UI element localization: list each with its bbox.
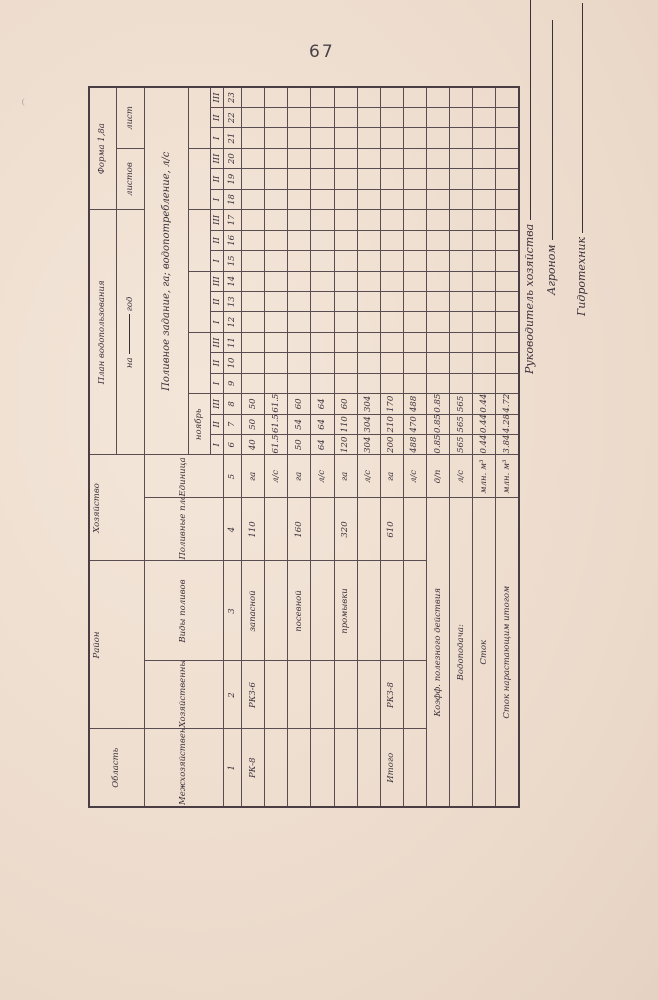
cell-value[interactable]	[403, 353, 426, 373]
cell-value[interactable]	[450, 373, 473, 393]
cell-value[interactable]: 50	[288, 435, 311, 455]
cell-value[interactable]	[334, 251, 357, 271]
cell-value[interactable]	[450, 353, 473, 373]
table-row: Коэфф. полезного действияд/п0.850.850.85	[426, 87, 449, 807]
cell-irrigation-type[interactable]	[403, 561, 426, 661]
cell-value[interactable]	[265, 148, 288, 168]
cell-value[interactable]	[265, 230, 288, 250]
cell-value[interactable]	[380, 271, 403, 291]
cell-value[interactable]	[357, 148, 380, 168]
cell-value[interactable]	[357, 353, 380, 373]
cell-value[interactable]	[426, 271, 449, 291]
cell-value[interactable]	[473, 210, 496, 230]
cell-value[interactable]	[242, 291, 265, 311]
month-blank	[188, 332, 210, 393]
cell-value[interactable]	[311, 148, 334, 168]
cell-value[interactable]: 40	[242, 435, 265, 455]
cell-value[interactable]: 61.5	[265, 394, 288, 414]
cell-value[interactable]: 3.84	[496, 435, 519, 455]
column-number: 15	[224, 251, 242, 271]
cell-value[interactable]: 0.85	[426, 435, 449, 455]
cell-value[interactable]: 4.28	[496, 414, 519, 434]
cell-value[interactable]	[288, 169, 311, 189]
cell-value[interactable]	[403, 169, 426, 189]
cell-value[interactable]	[357, 312, 380, 332]
cell-value[interactable]: 170	[380, 394, 403, 414]
cell-value[interactable]	[426, 230, 449, 250]
cell-value[interactable]	[450, 169, 473, 189]
cell-value[interactable]	[288, 148, 311, 168]
cell-unit[interactable]: л/с	[450, 455, 473, 498]
cell-value[interactable]	[380, 148, 403, 168]
cell-farm-canal[interactable]: РКЗ-8	[380, 661, 403, 729]
decade-header: II	[211, 414, 224, 434]
cell-area[interactable]: 610	[380, 498, 403, 561]
cell-value[interactable]	[450, 251, 473, 271]
cell-value[interactable]	[426, 210, 449, 230]
cell-value[interactable]	[426, 189, 449, 209]
cell-irrigation-type[interactable]	[357, 561, 380, 661]
cell-value[interactable]	[496, 128, 519, 148]
cell-value[interactable]	[265, 353, 288, 373]
row-label[interactable]: Коэфф. полезного действия	[426, 498, 449, 807]
cell-value[interactable]	[496, 291, 519, 311]
cell-value[interactable]	[311, 189, 334, 209]
cell-value[interactable]	[265, 291, 288, 311]
cell-value[interactable]	[288, 332, 311, 352]
cell-value[interactable]	[473, 291, 496, 311]
cell-value[interactable]	[334, 210, 357, 230]
cell-value[interactable]: 304	[357, 394, 380, 414]
cell-value[interactable]	[265, 332, 288, 352]
cell-value[interactable]: 0.44	[473, 435, 496, 455]
cell-value[interactable]	[426, 353, 449, 373]
cell-value[interactable]	[265, 108, 288, 128]
cell-value[interactable]	[334, 87, 357, 108]
cell-value[interactable]	[496, 189, 519, 209]
cell-value[interactable]	[242, 210, 265, 230]
cell-value[interactable]	[334, 332, 357, 352]
cell-area[interactable]	[403, 498, 426, 561]
cell-value[interactable]	[242, 108, 265, 128]
cell-value[interactable]	[311, 87, 334, 108]
cell-unit[interactable]: га	[242, 455, 265, 498]
cell-value[interactable]: 61.5	[265, 414, 288, 434]
cell-value[interactable]	[357, 87, 380, 108]
cell-value[interactable]: 64	[311, 394, 334, 414]
cell-value[interactable]	[311, 353, 334, 373]
signature-agronomist: Агроном	[545, 20, 558, 335]
cell-value[interactable]	[265, 271, 288, 291]
cell-value[interactable]	[334, 169, 357, 189]
cell-value[interactable]	[288, 251, 311, 271]
cell-value[interactable]	[380, 210, 403, 230]
cell-value[interactable]: 488	[403, 435, 426, 455]
sheets-count-field[interactable]: листов	[116, 148, 144, 209]
oblast-field[interactable]: Область	[89, 729, 144, 807]
cell-farm-canal[interactable]	[357, 661, 380, 729]
cell-value[interactable]	[496, 353, 519, 373]
column-number: 2	[224, 661, 242, 729]
cell-value[interactable]	[380, 312, 403, 332]
cell-value[interactable]: 64	[311, 414, 334, 434]
cell-value[interactable]	[473, 271, 496, 291]
cell-area[interactable]: 110	[242, 498, 265, 561]
signature-line-hydrotechnician[interactable]	[582, 3, 583, 233]
cell-value[interactable]	[450, 128, 473, 148]
cell-value[interactable]	[473, 312, 496, 332]
cell-value[interactable]: 565	[450, 414, 473, 434]
cell-value[interactable]	[403, 291, 426, 311]
decade-header: II	[211, 169, 224, 189]
cell-value[interactable]	[334, 291, 357, 311]
cell-value[interactable]	[288, 312, 311, 332]
cell-value[interactable]	[242, 271, 265, 291]
cell-interfarm-canal[interactable]	[265, 729, 288, 807]
cell-value[interactable]	[403, 148, 426, 168]
cell-value[interactable]: 54	[288, 414, 311, 434]
column-number: 20	[224, 148, 242, 168]
cell-interfarm-canal[interactable]: РК-8	[242, 729, 265, 807]
cell-value[interactable]	[311, 271, 334, 291]
cell-value[interactable]	[288, 271, 311, 291]
cell-unit[interactable]: млн. м³	[496, 455, 519, 498]
cell-value[interactable]: 50	[242, 394, 265, 414]
cell-value[interactable]	[334, 353, 357, 373]
cell-value[interactable]	[426, 87, 449, 108]
cell-value[interactable]	[496, 251, 519, 271]
cell-value[interactable]	[426, 108, 449, 128]
cell-interfarm-canal[interactable]	[288, 729, 311, 807]
cell-value[interactable]	[426, 169, 449, 189]
cell-value[interactable]	[311, 291, 334, 311]
cell-value[interactable]	[380, 332, 403, 352]
cell-farm-canal[interactable]	[311, 661, 334, 729]
cell-value[interactable]	[357, 230, 380, 250]
cell-value[interactable]	[311, 373, 334, 393]
cell-unit[interactable]: га	[288, 455, 311, 498]
cell-interfarm-canal[interactable]	[334, 729, 357, 807]
cell-value[interactable]	[265, 87, 288, 108]
cell-value[interactable]	[403, 128, 426, 148]
cell-farm-canal[interactable]	[403, 661, 426, 729]
cell-unit[interactable]: га	[334, 455, 357, 498]
cell-value[interactable]	[288, 353, 311, 373]
cell-value[interactable]	[496, 108, 519, 128]
cell-area[interactable]: 160	[288, 498, 311, 561]
cell-unit[interactable]: л/с	[403, 455, 426, 498]
cell-value[interactable]	[357, 169, 380, 189]
cell-farm-canal[interactable]: РКЗ-6	[242, 661, 265, 729]
cell-value[interactable]	[380, 128, 403, 148]
cell-value[interactable]: 0.85	[426, 394, 449, 414]
cell-value[interactable]	[496, 373, 519, 393]
cell-value[interactable]	[403, 271, 426, 291]
cell-interfarm-canal[interactable]: Итого	[380, 729, 403, 807]
cell-value[interactable]	[242, 353, 265, 373]
cell-value[interactable]: 50	[242, 414, 265, 434]
cell-value[interactable]	[265, 373, 288, 393]
cell-value[interactable]	[242, 332, 265, 352]
table-row: РК-8РКЗ-6запасной110га405050	[242, 87, 265, 807]
cell-area[interactable]	[357, 498, 380, 561]
cell-value[interactable]	[380, 108, 403, 128]
cell-value[interactable]	[403, 251, 426, 271]
cell-value[interactable]	[288, 128, 311, 148]
cell-value[interactable]: 60	[288, 394, 311, 414]
cell-value[interactable]: 64	[311, 435, 334, 455]
cell-value[interactable]	[357, 291, 380, 311]
row-label[interactable]: Водоподача:	[450, 498, 473, 807]
cell-value[interactable]	[334, 312, 357, 332]
cell-value[interactable]	[334, 148, 357, 168]
cell-value[interactable]: 4.72	[496, 394, 519, 414]
cell-value[interactable]	[242, 148, 265, 168]
cell-value[interactable]	[334, 128, 357, 148]
cell-value[interactable]	[450, 108, 473, 128]
cell-value[interactable]	[496, 271, 519, 291]
cell-value[interactable]	[403, 189, 426, 209]
cell-value[interactable]	[265, 251, 288, 271]
column-number: 7	[224, 414, 242, 434]
row-label[interactable]: Сток	[473, 498, 496, 807]
cell-value[interactable]	[311, 128, 334, 148]
cell-value[interactable]	[334, 271, 357, 291]
cell-irrigation-type[interactable]	[311, 561, 334, 661]
cell-value[interactable]	[496, 312, 519, 332]
cell-interfarm-canal[interactable]	[311, 729, 334, 807]
cell-value[interactable]	[473, 169, 496, 189]
cell-unit[interactable]: га	[380, 455, 403, 498]
cell-unit[interactable]: д/п	[426, 455, 449, 498]
cell-value[interactable]	[357, 251, 380, 271]
cell-irrigation-type[interactable]: промывки	[334, 561, 357, 661]
cell-value[interactable]	[473, 353, 496, 373]
cell-value[interactable]	[426, 128, 449, 148]
cell-value[interactable]	[426, 148, 449, 168]
cell-value[interactable]	[357, 108, 380, 128]
cell-value[interactable]: 0.85	[426, 414, 449, 434]
row-label[interactable]: Сток нарастающим итогом	[496, 498, 519, 807]
cell-value[interactable]	[403, 230, 426, 250]
cell-value[interactable]	[450, 312, 473, 332]
header-irrigated-area: Поливные площади	[144, 498, 223, 561]
cell-value[interactable]	[242, 230, 265, 250]
column-number: 10	[224, 353, 242, 373]
cell-value[interactable]	[242, 373, 265, 393]
cell-value[interactable]	[403, 312, 426, 332]
table-row: ИтогоРКЗ-8610га200210170	[380, 87, 403, 807]
decade-header: III	[211, 332, 224, 352]
sheet-number-field[interactable]: лист	[116, 87, 144, 148]
column-number: 18	[224, 189, 242, 209]
cell-value[interactable]	[450, 271, 473, 291]
cell-value[interactable]	[403, 332, 426, 352]
cell-value[interactable]	[473, 373, 496, 393]
cell-value[interactable]	[311, 108, 334, 128]
cell-value[interactable]	[473, 87, 496, 108]
cell-value[interactable]	[380, 291, 403, 311]
cell-irrigation-type[interactable]	[265, 561, 288, 661]
cell-value[interactable]	[242, 128, 265, 148]
decade-header: II	[211, 291, 224, 311]
cell-value[interactable]	[496, 148, 519, 168]
cell-area[interactable]	[311, 498, 334, 561]
cell-value[interactable]	[403, 87, 426, 108]
cell-unit[interactable]: л/с	[311, 455, 334, 498]
period-field[interactable]: нагод	[116, 210, 144, 455]
cell-value[interactable]	[242, 87, 265, 108]
cell-value[interactable]	[496, 230, 519, 250]
cell-value[interactable]	[380, 169, 403, 189]
cell-value[interactable]	[450, 87, 473, 108]
cell-value[interactable]	[288, 230, 311, 250]
cell-value[interactable]	[311, 230, 334, 250]
cell-value[interactable]	[380, 373, 403, 393]
cell-value[interactable]	[334, 230, 357, 250]
cell-unit[interactable]: млн. м³	[473, 455, 496, 498]
hozyaistvo-field[interactable]: Хозяйство	[89, 455, 144, 561]
cell-value[interactable]	[288, 291, 311, 311]
cell-value[interactable]: 565	[450, 435, 473, 455]
cell-farm-canal[interactable]	[334, 661, 357, 729]
cell-value[interactable]	[496, 87, 519, 108]
decade-header: III	[211, 394, 224, 414]
signature-line-head[interactable]	[530, 0, 531, 220]
cell-value[interactable]	[450, 148, 473, 168]
cell-interfarm-canal[interactable]	[403, 729, 426, 807]
cell-value[interactable]	[357, 210, 380, 230]
cell-value[interactable]	[496, 332, 519, 352]
cell-value[interactable]	[242, 251, 265, 271]
cell-value[interactable]	[311, 312, 334, 332]
cell-value[interactable]: 110	[334, 414, 357, 434]
cell-value[interactable]	[265, 169, 288, 189]
cell-value[interactable]: 61.5	[265, 435, 288, 455]
cell-value[interactable]	[380, 251, 403, 271]
cell-value[interactable]	[473, 128, 496, 148]
cell-value[interactable]	[265, 210, 288, 230]
cell-value[interactable]	[265, 312, 288, 332]
decade-header: II	[211, 230, 224, 250]
cell-value[interactable]	[473, 230, 496, 250]
cell-value[interactable]	[473, 251, 496, 271]
cell-value[interactable]: 488	[403, 394, 426, 414]
cell-value[interactable]	[473, 148, 496, 168]
cell-value[interactable]	[426, 373, 449, 393]
cell-value[interactable]	[242, 312, 265, 332]
decade-header: III	[211, 271, 224, 291]
cell-interfarm-canal[interactable]	[357, 729, 380, 807]
cell-value[interactable]	[288, 87, 311, 108]
cell-value[interactable]	[380, 87, 403, 108]
cell-value[interactable]	[265, 189, 288, 209]
cell-value[interactable]	[473, 108, 496, 128]
cell-value[interactable]	[311, 169, 334, 189]
cell-value[interactable]	[380, 230, 403, 250]
cell-value[interactable]	[242, 189, 265, 209]
cell-value[interactable]	[288, 189, 311, 209]
cell-value[interactable]	[380, 189, 403, 209]
cell-value[interactable]	[426, 251, 449, 271]
cell-value[interactable]	[265, 128, 288, 148]
cell-value[interactable]	[288, 210, 311, 230]
cell-value[interactable]: 470	[403, 414, 426, 434]
cell-farm-canal[interactable]	[265, 661, 288, 729]
header-plan: Поливное задание, га; водопотребление, л…	[144, 87, 188, 455]
cell-value[interactable]: 0.44	[473, 414, 496, 434]
cell-value[interactable]	[311, 251, 334, 271]
cell-unit[interactable]: л/с	[357, 455, 380, 498]
cell-value[interactable]	[496, 210, 519, 230]
cell-value[interactable]: 210	[380, 414, 403, 434]
raion-field[interactable]: Район	[89, 561, 144, 729]
cell-value[interactable]	[450, 291, 473, 311]
cell-value[interactable]: 120	[334, 435, 357, 455]
cell-value[interactable]	[357, 271, 380, 291]
cell-value[interactable]: 304	[357, 414, 380, 434]
cell-value[interactable]	[334, 108, 357, 128]
cell-value[interactable]	[426, 312, 449, 332]
month-blank	[188, 210, 210, 271]
page-number: 67	[309, 42, 335, 62]
cell-value[interactable]	[380, 353, 403, 373]
cell-unit[interactable]: л/с	[265, 455, 288, 498]
cell-value[interactable]	[334, 373, 357, 393]
cell-value[interactable]: 60	[334, 394, 357, 414]
table-row: промывки320га12011060	[334, 87, 357, 807]
table-row: посевной160га505460	[288, 87, 311, 807]
column-number: 8	[224, 394, 242, 414]
signature-line-agronomist[interactable]	[552, 20, 553, 240]
cell-value[interactable]	[311, 210, 334, 230]
cell-area[interactable]	[265, 498, 288, 561]
cell-value[interactable]	[426, 332, 449, 352]
decade-header: III	[211, 87, 224, 108]
cell-irrigation-type[interactable]: запасной	[242, 561, 265, 661]
cell-value[interactable]	[288, 108, 311, 128]
cell-value[interactable]	[357, 189, 380, 209]
cell-value[interactable]	[242, 169, 265, 189]
cell-value[interactable]: 0.44	[473, 394, 496, 414]
cell-value[interactable]	[496, 169, 519, 189]
cell-value[interactable]	[450, 189, 473, 209]
cell-value[interactable]	[450, 230, 473, 250]
cell-value[interactable]	[473, 189, 496, 209]
cell-value[interactable]	[357, 373, 380, 393]
cell-value[interactable]	[334, 189, 357, 209]
cell-value[interactable]	[403, 373, 426, 393]
cell-value[interactable]	[473, 332, 496, 352]
cell-value[interactable]: 304	[357, 435, 380, 455]
cell-value[interactable]	[403, 210, 426, 230]
cell-farm-canal[interactable]	[288, 661, 311, 729]
cell-value[interactable]	[403, 108, 426, 128]
cell-value[interactable]	[311, 332, 334, 352]
cell-value[interactable]	[450, 332, 473, 352]
cell-value[interactable]	[288, 373, 311, 393]
cell-value[interactable]	[450, 210, 473, 230]
cell-value[interactable]	[357, 332, 380, 352]
cell-value[interactable]	[357, 128, 380, 148]
cell-irrigation-type[interactable]	[380, 561, 403, 661]
cell-value[interactable]: 200	[380, 435, 403, 455]
cell-value[interactable]: 565	[450, 394, 473, 414]
header-irrigation-types: Виды поливов	[144, 561, 223, 661]
cell-area[interactable]: 320	[334, 498, 357, 561]
cell-value[interactable]	[426, 291, 449, 311]
cell-irrigation-type[interactable]: посевной	[288, 561, 311, 661]
